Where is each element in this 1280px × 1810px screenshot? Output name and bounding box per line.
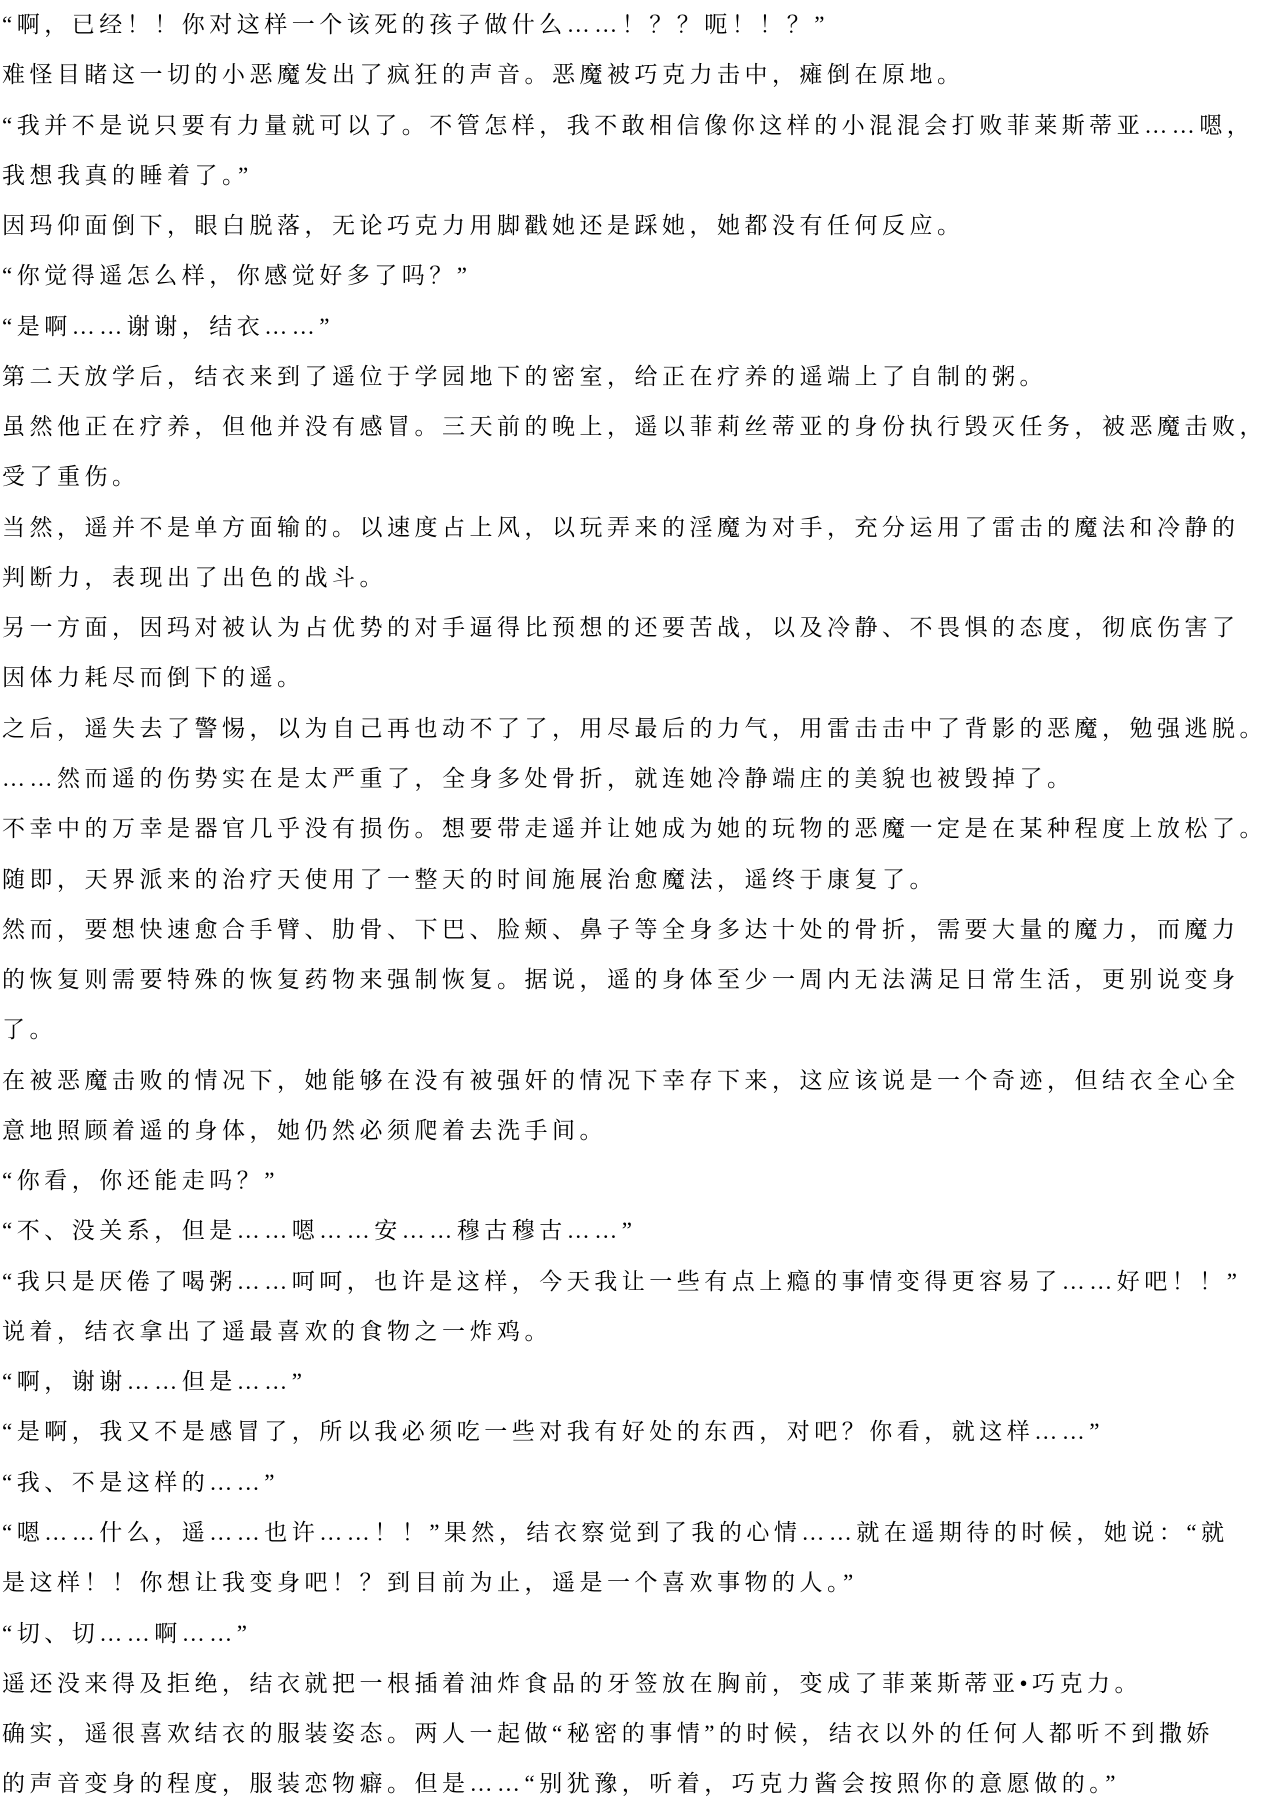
text-line: “是啊……谢谢，结衣……”: [2, 302, 1280, 352]
text-line: 在被恶魔击败的情况下，她能够在没有被强奸的情况下幸存下来，这应该说是一个奇迹，但…: [2, 1056, 1280, 1106]
text-line: 第二天放学后，结衣来到了遥位于学园地下的密室，给正在疗养的遥端上了自制的粥。: [2, 352, 1280, 402]
text-line: “切、切……啊……”: [2, 1609, 1280, 1659]
text-line: 的恢复则需要特殊的恢复药物来强制恢复。据说，遥的身体至少一周内无法满足日常生活，…: [2, 955, 1280, 1005]
text-line: 了。: [2, 1005, 1280, 1055]
text-line: 说着，结衣拿出了遥最喜欢的食物之一炸鸡。: [2, 1307, 1280, 1357]
document-text: “啊，已经！！你对这样一个该死的孩子做什么……！？？呃！！？”难怪目睹这一切的小…: [0, 0, 1280, 1810]
text-line: “啊，谢谢……但是……”: [2, 1357, 1280, 1407]
text-line: “不、没关系，但是……嗯……安……穆古穆古……”: [2, 1206, 1280, 1256]
text-line: 因玛仰面倒下，眼白脱落，无论巧克力用脚戳她还是踩她，她都没有任何反应。: [2, 201, 1280, 251]
text-line: “我只是厌倦了喝粥……呵呵，也许是这样，今天我让一些有点上瘾的事情变得更容易了……: [2, 1257, 1280, 1307]
text-line: 是这样！！你想让我变身吧！？到目前为止，遥是一个喜欢事物的人。”: [2, 1558, 1280, 1608]
text-line: 然而，要想快速愈合手臂、肋骨、下巴、脸颊、鼻子等全身多达十处的骨折，需要大量的魔…: [2, 905, 1280, 955]
text-line: “我并不是说只要有力量就可以了。不管怎样，我不敢相信像你这样的小混混会打败菲莱斯…: [2, 101, 1280, 151]
text-line: 虽然他正在疗养，但他并没有感冒。三天前的晚上，遥以菲莉丝蒂亚的身份执行毁灭任务，…: [2, 402, 1280, 452]
text-line: 另一方面，因玛对被认为占优势的对手逼得比预想的还要苦战，以及冷静、不畏惧的态度，…: [2, 603, 1280, 653]
text-line: 随即，天界派来的治疗天使用了一整天的时间施展治愈魔法，遥终于康复了。: [2, 855, 1280, 905]
text-line: 当然，遥并不是单方面输的。以速度占上风，以玩弄来的淫魔为对手，充分运用了雷击的魔…: [2, 503, 1280, 553]
text-line: 因体力耗尽而倒下的遥。: [2, 653, 1280, 703]
text-line: 受了重伤。: [2, 452, 1280, 502]
text-line: “是啊，我又不是感冒了，所以我必须吃一些对我有好处的东西，对吧？你看，就这样………: [2, 1407, 1280, 1457]
text-line: 判断力，表现出了出色的战斗。: [2, 553, 1280, 603]
text-line: 我想我真的睡着了。”: [2, 151, 1280, 201]
text-line: 的声音变身的程度，服装恋物癖。但是……“别犹豫，听着，巧克力酱会按照你的意愿做的…: [2, 1759, 1280, 1809]
text-line: ……然而遥的伤势实在是太严重了，全身多处骨折，就连她冷静端庄的美貌也被毁掉了。: [2, 754, 1280, 804]
text-line: 之后，遥失去了警惕，以为自己再也动不了了，用尽最后的力气，用雷击击中了背影的恶魔…: [2, 704, 1280, 754]
text-line: “你看，你还能走吗？”: [2, 1156, 1280, 1206]
text-line: 难怪目睹这一切的小恶魔发出了疯狂的声音。恶魔被巧克力击中，瘫倒在原地。: [2, 50, 1280, 100]
text-line: “我、不是这样的……”: [2, 1458, 1280, 1508]
text-line: 不幸中的万幸是器官几乎没有损伤。想要带走遥并让她成为她的玩物的恶魔一定是在某种程…: [2, 804, 1280, 854]
text-line: 确实，遥很喜欢结衣的服装姿态。两人一起做“秘密的事情”的时候，结衣以外的任何人都…: [2, 1709, 1280, 1759]
text-line: “嗯……什么，遥……也许……！！”果然，结衣察觉到了我的心情……就在遥期待的时候…: [2, 1508, 1280, 1558]
text-line: 遥还没来得及拒绝，结衣就把一根插着油炸食品的牙签放在胸前，变成了菲莱斯蒂亚•巧克…: [2, 1659, 1280, 1709]
text-line: “啊，已经！！你对这样一个该死的孩子做什么……！？？呃！！？”: [2, 0, 1280, 50]
text-line: “你觉得遥怎么样，你感觉好多了吗？”: [2, 251, 1280, 301]
text-line: 意地照顾着遥的身体，她仍然必须爬着去洗手间。: [2, 1106, 1280, 1156]
document-page: “啊，已经！！你对这样一个该死的孩子做什么……！？？呃！！？”难怪目睹这一切的小…: [0, 0, 1280, 1810]
